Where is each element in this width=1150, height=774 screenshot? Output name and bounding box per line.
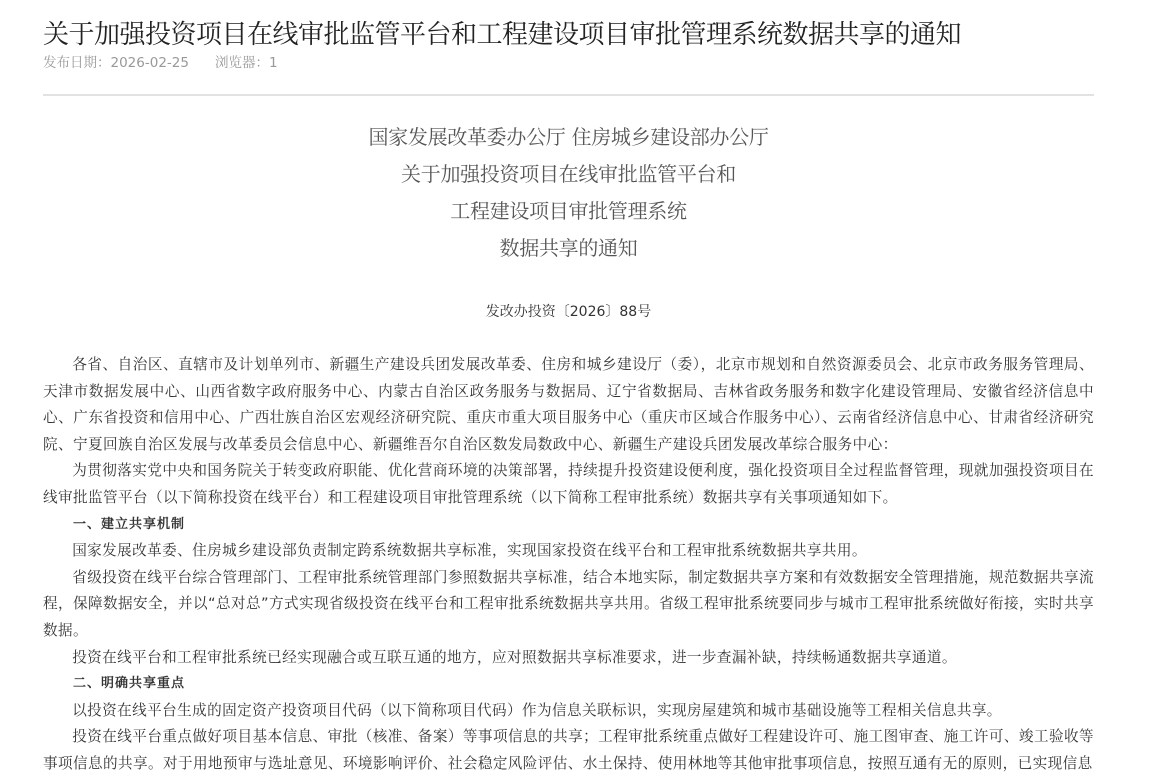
document-header: 国家发展改革委办公厅 住房城乡建设部办公厅 关于加强投资项目在线审批监管平台和 … bbox=[43, 119, 1094, 267]
document-body: 各省、自治区、直辖市及计划单列市、新疆生产建设兵团发展改革委、住房和城乡建设厅（… bbox=[43, 352, 1094, 774]
article-meta: 发布日期：2026-02-25浏览器：1 bbox=[43, 53, 1094, 73]
article-title: 关于加强投资项目在线审批监管平台和工程建设项目审批管理系统数据共享的通知 bbox=[43, 0, 1094, 53]
title-divider bbox=[43, 94, 1094, 96]
body-paragraph: 以投资在线平台生成的固定资产投资项目代码（以下简称项目代码）作为信息关联标识，实… bbox=[43, 698, 1094, 725]
document-issuer: 国家发展改革委办公厅 住房城乡建设部办公厅 bbox=[43, 119, 1094, 156]
publish-date: 2026-02-25 bbox=[111, 55, 189, 71]
salutation-paragraph: 各省、自治区、直辖市及计划单列市、新疆生产建设兵团发展改革委、住房和城乡建设厅（… bbox=[43, 352, 1094, 458]
document-title-line-3: 数据共享的通知 bbox=[43, 230, 1094, 267]
document-title-line-2: 工程建设项目审批管理系统 bbox=[43, 193, 1094, 230]
body-paragraph: 国家发展改革委、住房城乡建设部负责制定跨系统数据共享标准，实现国家投资在线平台和… bbox=[43, 538, 1094, 565]
body-paragraph: 投资在线平台重点做好项目基本信息、审批（核准、备案）等事项信息的共享；工程审批系… bbox=[43, 724, 1094, 774]
section-heading: 一、建立共享机制 bbox=[43, 512, 1094, 539]
body-paragraph: 投资在线平台和工程审批系统已经实现融合或互联互通的地方，应对照数据共享标准要求，… bbox=[43, 645, 1094, 672]
views-label: 浏览器： bbox=[215, 55, 269, 71]
section-heading: 二、明确共享重点 bbox=[43, 671, 1094, 698]
intro-paragraph: 为贯彻落实党中央和国务院关于转变政府职能、优化营商环境的决策部署，持续提升投资建… bbox=[43, 458, 1094, 511]
body-paragraph: 省级投资在线平台综合管理部门、工程审批系统管理部门参照数据共享标准，结合本地实际… bbox=[43, 565, 1094, 645]
article: 关于加强投资项目在线审批监管平台和工程建设项目审批管理系统数据共享的通知 发布日… bbox=[43, 0, 1094, 73]
publish-date-label: 发布日期： bbox=[43, 55, 111, 71]
document-title-line-1: 关于加强投资项目在线审批监管平台和 bbox=[43, 156, 1094, 193]
document-number: 发改办投资〔2026〕88号 bbox=[43, 301, 1094, 323]
views-count: 1 bbox=[269, 55, 278, 71]
